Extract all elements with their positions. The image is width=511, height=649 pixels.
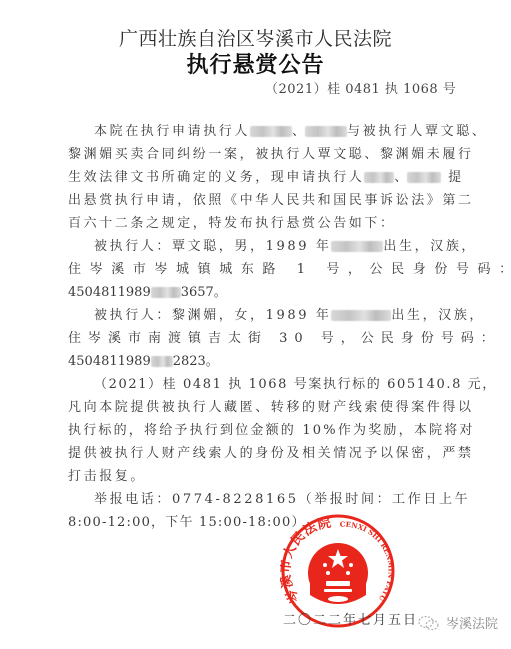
wechat-official-account-icon — [418, 615, 440, 631]
redacted-id-digits — [151, 356, 173, 367]
text-segment: 出生，汉族， — [391, 308, 485, 323]
text-segment: 2823。 — [173, 354, 219, 369]
text-segment: 被执行人：覃文聪，男，1989 年 — [94, 239, 331, 254]
paragraph-intro-line: 出悬赏执行申请，依照《中华人民共和国民事诉讼法》第二 — [68, 192, 440, 210]
reward-line: 提供被执行人财产线索人的身份及相关情况予以保密，严禁 — [68, 445, 440, 463]
debtor-1-line: 被执行人：覃文聪，男，1989 年出生，汉族， — [94, 238, 440, 256]
text-segment: 4504811989 — [68, 354, 151, 369]
text-segment: 被执行人：黎渊媚，女，1989 年 — [94, 308, 331, 323]
watermark: 岑溪法院 — [418, 613, 498, 632]
text-segment: 提 — [448, 170, 464, 185]
reward-line: 凡向本院提供被执行人藏匿、转移的财产线索使得案件得以 — [68, 399, 440, 417]
text-segment: 3657。 — [181, 285, 227, 300]
redacted-birthdate — [331, 310, 391, 321]
paragraph-intro-line: 黎渊媚买卖合同纠纷一案，被执行人覃文聪、黎渊媚未履行 — [68, 146, 440, 164]
text-segment: 4504811989 — [68, 285, 151, 300]
issue-date: 二〇二二年七月五日 — [283, 609, 418, 628]
text-segment: 本院在执行申请执行人 — [94, 124, 250, 139]
redacted-name — [305, 126, 347, 137]
paragraph-intro-line: 生效法律文书所确定的义务，现申请执行人、 提 — [68, 169, 440, 187]
redacted-name — [364, 172, 394, 183]
watermark-label: 岑溪法院 — [446, 613, 498, 632]
paragraph-intro-line: 百六十二条之规定，特发布执行悬赏公告如下： — [68, 215, 440, 233]
redacted-name — [407, 172, 441, 183]
debtor-2-id-line: 45048119892823。 — [68, 353, 440, 371]
redacted-birthdate — [331, 241, 383, 252]
case-number: （2021）桂 0481 执 1068 号 — [265, 78, 456, 97]
debtor-2-line: 被执行人：黎渊媚，女，1989 年出生，汉族， — [94, 307, 440, 325]
debtor-1-line: 住岑溪市岑城镇城东路 1 号，公民身份号码： — [68, 261, 440, 279]
redacted-id-digits — [151, 287, 181, 298]
text-segment: 与被执行人覃文聪、 — [347, 124, 487, 139]
text-segment: 生效法律文书所确定的义务，现申请执行人 — [68, 170, 364, 185]
redacted-name — [250, 126, 292, 137]
contact-phone-line: 举报电话：0774-8228165（举报时间：工作日上午 — [94, 491, 440, 509]
court-name: 广西壮族自治区岑溪市人民法院 — [0, 24, 511, 51]
page-title: 执行悬赏公告 — [0, 48, 511, 79]
debtor-1-id-line: 45048119893657。 — [68, 284, 440, 302]
reward-line: 打击报复。 — [68, 468, 440, 486]
text-segment: 出生，汉族， — [383, 239, 477, 254]
paragraph-intro-line: 本院在执行申请执行人、与被执行人覃文聪、 — [94, 123, 440, 141]
reward-line: （2021）桂 0481 执 1068 号案执行标的 605140.8 元， — [94, 376, 440, 394]
reward-line: 执行标的，将给予执行到位金额的 10%作为奖励，本院将对 — [68, 422, 440, 440]
debtor-2-line: 住岑溪市南渡镇吉太街 30 号，公民身份号码： — [68, 330, 440, 348]
